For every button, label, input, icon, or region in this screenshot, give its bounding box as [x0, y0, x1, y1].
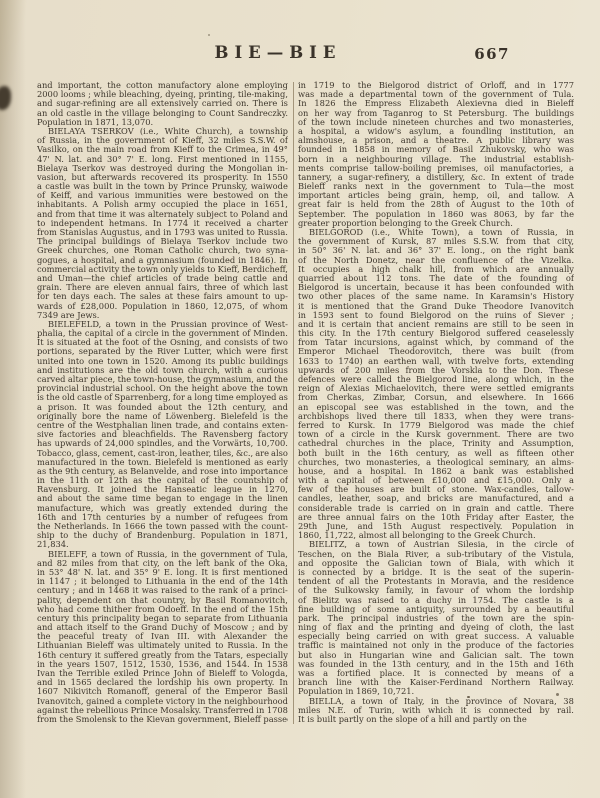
text-line: 47'N.lat.and30°7'E.long.Firstmentionedin… [37, 155, 288, 164]
text-line: quarriedabout112tons.Thedateofthefoundin… [298, 274, 574, 283]
text-line: isconnectedbyabridge.Itistheseatofthesup… [298, 568, 574, 577]
text-line: unitedintoonetownin1520.Amongitspublicbu… [37, 357, 288, 366]
text-line: Itoccupiesahighchalkhill,fromwhichareann… [298, 265, 574, 274]
text-line: 16thcenturyitsufferedgreatlyfromtheTatar… [37, 651, 288, 660]
text-line: Teschen,ontheBialaRiver,asub-tributaryof… [298, 550, 574, 559]
text-line: gogues,ahospital,andagymnasium(foundedin… [37, 256, 288, 265]
text-line: 2000looms;whilebleaching,dyeing,printing… [37, 90, 288, 99]
text-line: in1147;itbelongedtoLithuaniaintheendofth… [37, 577, 288, 586]
text-line: EmperorMichaelTheodorovitch,therewasbuil… [298, 347, 574, 356]
text-line: manufacturedinthetown.Bielefeldismention… [37, 458, 288, 467]
text-line: hasupwardsof24,000spindles,andtheVorwärt… [37, 439, 288, 448]
text-line: thepeacefultreatyofIvanIII.withAlexander… [37, 632, 288, 641]
text-line: originallyborethenameofLöwenberg.Bielefe… [37, 412, 288, 421]
text-line: aprison.Itwasfoundedaboutthe12thcentury,… [37, 403, 288, 412]
text-line: bothbuiltinthe16thcentury,aswellasfiftee… [298, 449, 574, 458]
text-line: andimportant,thecottonmanufactoryaloneem… [37, 81, 288, 90]
text-line: townofacircleintheKurskgovernment.Therea… [298, 430, 574, 439]
text-line: tendentofalltheProtestantsinMoravia,andt… [298, 577, 574, 586]
text-line: arethreeannualfairsonthe10thFridayafterE… [298, 513, 574, 522]
text-line: in50°36'N.lat.and36°37'E.long.,ontherigh… [298, 246, 574, 255]
text-line: ningofflaxandtheprintinganddyeingofcloth… [298, 623, 574, 632]
text-line: manufacture,whichwasgreatlyextendeddurin… [37, 504, 288, 513]
text-line: century;andin1468itwasraisedtotherankofa… [37, 586, 288, 595]
text-line: onherwayfromTaganrogtoStPetersburg.Thebu… [298, 109, 574, 118]
text-line: BIELLA,atownofItaly,intheprovinceofNovar… [298, 697, 574, 706]
text-line: portions,separatedbytheRiverLutter,which… [37, 347, 288, 356]
text-line: 7349 are Jews. [37, 311, 288, 320]
text-line: andattachitselftotheGrandDuchyofMoscow;a… [37, 623, 288, 632]
text-line: oftheSulkowskyfamily,infavourofwhomthelo… [298, 586, 574, 595]
text-line: September.Thepopulationin1860was8063,byf… [298, 210, 574, 219]
text-line: 1860, 11,722, almost all belonging to th… [298, 531, 574, 540]
text-line: centurythisprincipalitybegantoseparatefr… [37, 614, 288, 623]
text-line: anepiscopalseewasestablishedinthetown,an… [298, 403, 574, 412]
text-line: Population in 1871, 13,070. [37, 118, 288, 127]
text-line: Population in 1869, 10,721. [298, 687, 574, 696]
text-line: intheyears1507,1512,1530,1536,and1544.In… [37, 660, 288, 669]
paragraph-bieleff: BIELEFF,atownofRussia,inthegovernmentofT… [37, 550, 288, 725]
text-line: againsttherebelliousPrinceMosalsky.Trans… [37, 706, 288, 715]
text-line: LithuanianBieleffwasultimatelyunitedtoRu… [37, 641, 288, 650]
paragraph-biella: BIELLA,atownofItaly,intheprovinceofNovar… [298, 697, 574, 725]
paper-speck [208, 34, 210, 36]
text-line: candles,leather,soap,andbricksaremanufac… [298, 494, 574, 503]
text-line: fewofthehousesarebuiltofstone.Wax-candle… [298, 485, 574, 494]
text-line: finebuildingofsomeantiquity,surroundedby… [298, 605, 574, 614]
text-line: Vasilko,onthemainroadfromKiefftotheCrime… [37, 145, 288, 154]
text-line: theNetherlands.In1666thetownpassedwithth… [37, 522, 288, 531]
text-line: almshouse,aprison,andatheatre.Apubliclib… [298, 136, 574, 145]
text-line: in53°48'N.lat.and35°9'E.long.Itisfirstme… [37, 568, 288, 577]
text-line: inhabitants.APolisharmyoccupiedtheplacei… [37, 200, 288, 209]
text-line: fromTatarincursions,againstwhich,bycomma… [298, 338, 574, 347]
text-line: fromCherkas,Zimbar,Corsun,andelsewhere.I… [298, 393, 574, 402]
text-line: wasfoundedinthe13thcentury,andinthe15tha… [298, 660, 574, 669]
running-header: BIE—BIE [168, 43, 388, 62]
text-line: wardsof£28,000.Populationin1860,12,075,o… [37, 302, 288, 311]
text-line: vasion,butafterwardsrecovereditsprosperi… [37, 173, 288, 182]
text-line: 21,834. [37, 540, 288, 549]
text-line: BIELAYATSERKOV(i.e.,WhiteChurch),atownsh… [37, 127, 288, 136]
text-line: inthe11thor12thasthecapitalofthecountshi… [37, 476, 288, 485]
book-page: BIE—BIE 667 andimportant,thecottonmanufa… [0, 0, 600, 798]
text-line: centreoftheWestphalianlinentrade,andcont… [37, 421, 288, 430]
text-line: istheoldcastleofSparrenberg,foralongtime… [37, 393, 288, 402]
text-line: ofBielitzwasraisedtoaduchyin1754.Thecast… [298, 596, 574, 605]
text-line: provincialindustrialschool.Ontheheightab… [37, 384, 288, 393]
text-line: 29thJune,and15thAugustrespectively.Popul… [298, 522, 574, 531]
ink-blotch [0, 86, 11, 110]
paragraph-bielefeld: BIELEFELD,atowninthePrussianprovinceofWe… [37, 320, 288, 550]
text-line: greatfairisheldfromthe28thofAugusttothe1… [298, 200, 574, 209]
text-line: oftheNorthDonetz,neartheconfluenceoftheV… [298, 256, 574, 265]
text-line: anditiscertainthatancientremainsarestill… [298, 320, 574, 329]
paragraph-bieleff-continuation: in1719totheBielgoroddistrictofOrloff,and… [298, 81, 574, 228]
text-line: from the Smolensk to the Kievan governme… [37, 715, 288, 724]
text-line: andUman—thechiefarticlesoftradebeingcatt… [37, 274, 288, 283]
text-line: mentscomprisetallow-boilingpremises,oilm… [298, 164, 574, 173]
text-line: considerabletradeiscarriedoningrainandca… [298, 504, 574, 513]
text-line: Tobacco,glass,cement,cast-iron,leather,t… [37, 449, 288, 458]
text-line: thegovernmentofKursk,87milesS.S.W.fromth… [298, 237, 574, 246]
text-line: in1593senttofoundBielgorodontheruinsofSi… [298, 311, 574, 320]
text-line: commercialactivitythetownonlyyieldstoKie… [37, 265, 288, 274]
text-line: sivefactoriesandbleachfields.TheRavensbe… [37, 430, 288, 439]
text-line: acastlewasbuiltinthetownbyPrincePrunsky,… [37, 182, 288, 191]
text-line: carvedaltarpiece,thetown-house,thegymnas… [37, 375, 288, 384]
page-gutter-shadow [0, 0, 26, 798]
text-line: fromStanislasAugustus,andin1793wasunited… [37, 228, 288, 237]
text-line: foundedin1858inmemoryofBasilZhukovsky,wh… [298, 145, 574, 154]
text-line: ofthetownincludenineteenchurchesandtwomo… [298, 118, 574, 127]
text-line: BIELGOROD(i.e.,WhiteTown),atownofRussia,… [298, 228, 574, 237]
text-line: Ravensburg.ItjoinedtheHanseaticleaguein1… [37, 485, 288, 494]
text-columns: andimportant,thecottonmanufactoryaloneem… [37, 81, 574, 724]
column-left: andimportant,thecottonmanufactoryaloneem… [37, 81, 288, 724]
text-line: ItissituatedatthefootoftheOsning,andcons… [37, 338, 288, 347]
text-line: upwardsof200milesfromtheVorsklatotheDon.… [298, 366, 574, 375]
text-line: house,andahospital.In1862abankwasestabli… [298, 467, 574, 476]
text-line: fortendayseach.Thesalesatthesefairsamoun… [37, 292, 288, 301]
text-line: ofKeiff,andvariousimmunitieswerebestowed… [37, 191, 288, 200]
text-line: borninaneighbouringvillage.Theindustrial… [298, 155, 574, 164]
text-line: asthe9thcentury,asBelanvelde,androseinto… [37, 467, 288, 476]
text-line: andinstitutionsaretheoldtownchurch,witha… [37, 366, 288, 375]
text-line: itismentionedthattheGrandDukeTheodoreIva… [298, 302, 574, 311]
text-line: wasafortifiedplace.Itisconnectedbymeanso… [298, 669, 574, 678]
text-line: cathedralchurchesintheplace,TrinityandAs… [298, 439, 574, 448]
text-line: 1607NikivitchRomanoff,generaloftheEmpero… [37, 687, 288, 696]
text-line: especiallybeingcarriedonwithgreatsuccess… [298, 632, 574, 641]
text-line: Greekchurches,oneRomanCatholicchurch,two… [37, 246, 288, 255]
text-line: BIELEFF,atownofRussia,inthegovernmentofT… [37, 550, 288, 559]
text-line: butalsoinHungarianwineandGaliciansalt.Th… [298, 651, 574, 660]
text-line: pality,dependentonthatcountry,byBasilRom… [37, 596, 288, 605]
text-line: wasmadeadepartmentaltownofthegovernmento… [298, 90, 574, 99]
text-line: toindependenthetmans.In1774itreceivedach… [37, 219, 288, 228]
text-line: ferredtoKursk.In1779Bielgorodwasmadethec… [298, 421, 574, 430]
text-line: andoppositetheGaliciantownofBiala,withwh… [298, 559, 574, 568]
text-line: andin1565declaredthelordshiphisownproper… [37, 678, 288, 687]
column-right: in1719totheBielgoroddistrictofOrloff,and… [298, 81, 574, 724]
text-line: TheprincipalbuildingsofBielayaTserkovinc… [37, 237, 288, 246]
text-line: In1826theEmpressElizabethAlexievnadiedin… [298, 99, 574, 108]
text-line: defenceswerecalledtheBielgorodline,along… [298, 375, 574, 384]
text-line: importantarticlesbeinggrain,hemp,oil,and… [298, 191, 574, 200]
text-line: anoldcastleinthevillagebelongingtoCountS… [37, 109, 288, 118]
text-line: andsugar-refiningareallextensivelycarrie… [37, 99, 288, 108]
paragraph-bielaya-tserkov: BIELAYATSERKOV(i.e.,WhiteChurch),atownsh… [37, 127, 288, 320]
paragraph-entry-continuation: andimportant,thecottonmanufactoryaloneem… [37, 81, 288, 127]
text-line: whohadcomethitherfromOdoeff.Intheendofth… [37, 605, 288, 614]
paragraph-bielitz: BIELITZ,atownofAustrianSilesia,inthecirc… [298, 540, 574, 696]
text-line: trafficismaintainednotonlyintheproduceof… [298, 641, 574, 650]
text-line: milesN.E.ofTurin,withwhichitisconnectedb… [298, 706, 574, 715]
text-line: BieleffranksnextinthegovernmenttoTula—th… [298, 182, 574, 191]
text-line: Ivanovitch,gainedacompletevictoryinthene… [37, 697, 288, 706]
text-line: grain.Thereareelevenannualfairs,threeofw… [37, 283, 288, 292]
text-line: BielayaTserkovwasdestroyedduringtheMongo… [37, 164, 288, 173]
text-line: Bielgorodisuncertain,becauseithasbeencon… [298, 283, 574, 292]
text-line: 16thand17thcenturiesbyanumberofrefugeesf… [37, 513, 288, 522]
text-line: park.Theprincipalindustriesofthetownaret… [298, 614, 574, 623]
text-line: ofRussia,inthegovernmentofKieff,32milesS… [37, 136, 288, 145]
text-line: It is built partly on the slope of a hil… [298, 715, 574, 724]
text-line: IvantheTerribleexiledPrinceJohnofBieleff… [37, 669, 288, 678]
text-line: BIELEFELD,atowninthePrussianprovinceofWe… [37, 320, 288, 329]
text-line: in1719totheBielgoroddistrictofOrloff,and… [298, 81, 574, 90]
page-number: 667 [462, 45, 510, 63]
text-line: BIELITZ,atownofAustrianSilesia,inthecirc… [298, 540, 574, 549]
text-line: withacapitalofbetween£10,000and£15,000.O… [298, 476, 574, 485]
text-line: and82milesfromthatcity,ontheleftbankofth… [37, 559, 288, 568]
text-line: tannery,asugar-refinery,adistillery,&c.I… [298, 173, 574, 182]
text-line: branchlinewiththeKaiser-FerdinandNorther… [298, 678, 574, 687]
text-line: archbishopslivedtheretill1833,whentheywe… [298, 412, 574, 421]
text-line: reignofAlexiasMichaelovitch,therewereset… [298, 384, 574, 393]
text-line: twootherplacesofthesamename.InKaramsin's… [298, 292, 574, 301]
text-line: greater proportion belonging to the Gree… [298, 219, 574, 228]
text-line: andaboutthesametimebegantoengageinthelin… [37, 494, 288, 503]
text-line: phalia,thecapitalofacircleinthegovernmen… [37, 329, 288, 338]
text-line: 1633to1740)anearthenwall,withtwelveforts… [298, 357, 574, 366]
paragraph-bielgorod: BIELGOROD(i.e.,WhiteTown),atownofRussia,… [298, 228, 574, 540]
text-line: ahospital,awidow'sasylum,afoundlinginsti… [298, 127, 574, 136]
text-line: thiscity.Inthe17thcenturyBielgorodsuffer… [298, 329, 574, 338]
text-line: shiptotheduchyofBrandenburg.Populationin… [37, 531, 288, 540]
column-divider-rule [293, 82, 294, 724]
text-line: andfromthattimeitwasalternatelysubjectto… [37, 210, 288, 219]
text-line: churches,twomonasteries,atheologicalsemi… [298, 458, 574, 467]
